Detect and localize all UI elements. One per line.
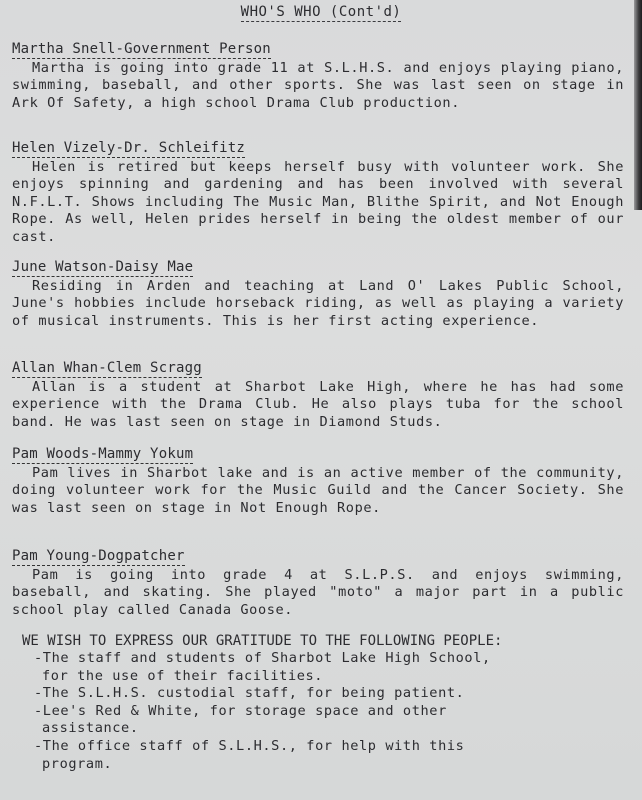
entry-heading: Martha Snell-Government Person (12, 41, 271, 59)
acknowledgement-item: -The staff and students of Sharbot Lake … (34, 650, 512, 685)
acknowledgement-item: -The S.L.H.S. custodial staff, for being… (34, 685, 512, 703)
acknowledgements-heading: WE WISH TO EXPRESS OUR GRATITUDE TO THE … (22, 632, 622, 650)
entry-body: Martha is going into grade 11 at S.L.H.S… (12, 60, 624, 112)
cast-entry-pam-woods: Pam Woods-Mammy Yokum Pam lives in Sharb… (12, 443, 624, 517)
acknowledgement-item: -Lee's Red & White, for storage space an… (34, 703, 512, 738)
entry-body: Allan is a student at Sharbot Lake High,… (12, 379, 624, 431)
entry-heading: Allan Whan-Clem Scragg (12, 360, 202, 378)
entry-body: Helen is retired but keeps herself busy … (12, 159, 624, 246)
page-edge-shadow (634, 0, 642, 210)
entry-heading: Pam Woods-Mammy Yokum (12, 446, 193, 464)
cast-entry-martha-snell: Martha Snell-Government Person Martha is… (12, 38, 624, 112)
acknowledgement-item: -The office staff of S.L.H.S., for help … (34, 738, 512, 773)
acknowledgements-list: -The staff and students of Sharbot Lake … (22, 650, 622, 773)
cast-entry-helen-vizely: Helen Vizely-Dr. Schleifitz Helen is ret… (12, 137, 624, 246)
entry-heading: Helen Vizely-Dr. Schleifitz (12, 140, 245, 158)
page-title-text: WHO'S WHO (Cont'd) (241, 4, 402, 22)
cast-entry-pam-young: Pam Young-Dogpatcher Pam is going into g… (12, 545, 624, 619)
document-page: WHO'S WHO (Cont'd) Martha Snell-Governme… (0, 0, 642, 800)
entry-body: Pam is going into grade 4 at S.L.P.S. an… (12, 567, 624, 619)
page-title: WHO'S WHO (Cont'd) (0, 4, 642, 20)
cast-entry-allan-whan: Allan Whan-Clem Scragg Allan is a studen… (12, 357, 624, 431)
entry-heading: June Watson-Daisy Mae (12, 259, 193, 277)
entry-body: Residing in Arden and teaching at Land O… (12, 278, 624, 330)
entry-heading: Pam Young-Dogpatcher (12, 548, 185, 566)
entry-body: Pam lives in Sharbot lake and is an acti… (12, 465, 624, 517)
cast-entry-june-watson: June Watson-Daisy Mae Residing in Arden … (12, 256, 624, 330)
acknowledgements-section: WE WISH TO EXPRESS OUR GRATITUDE TO THE … (22, 632, 622, 773)
